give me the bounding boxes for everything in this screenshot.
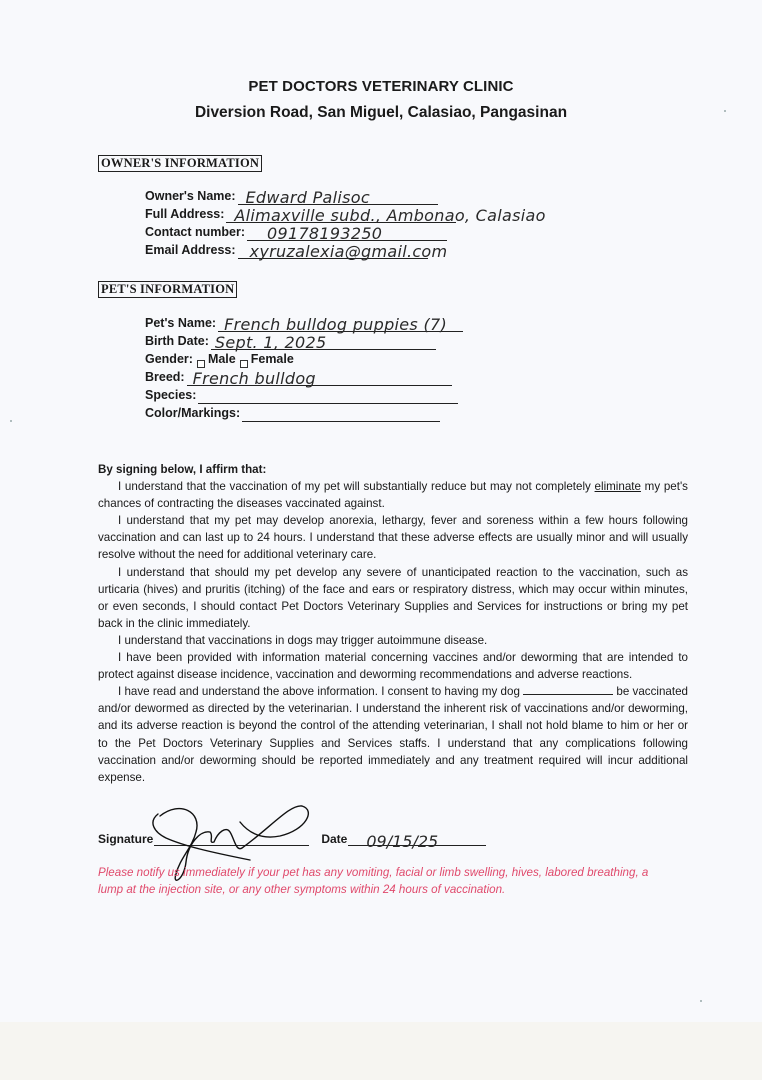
contact-number-field: Contact number: 09178193250 <box>145 223 447 241</box>
affirmation-paragraph: I understand that should my pet develop … <box>98 564 688 632</box>
owner-section-title: OWNER'S INFORMATION <box>98 155 262 172</box>
field-line: Edward Palisoc <box>238 191 438 205</box>
field-label: Pet's Name: <box>145 314 216 332</box>
field-label: Owner's Name: <box>145 187 236 205</box>
dog-name-blank[interactable] <box>523 685 613 695</box>
breed-field: Breed: French bulldog <box>145 368 452 386</box>
field-line: French bulldog <box>187 372 452 386</box>
field-line: 09178193250 <box>247 227 447 241</box>
pet-name-field: Pet's Name: French bulldog puppies (7) <box>145 314 463 332</box>
affirmation-paragraph: I understand that my pet may develop ano… <box>98 512 688 563</box>
field-label: Full Address: <box>145 205 224 223</box>
field-line: French bulldog puppies (7) <box>218 318 463 332</box>
field-label: Species: <box>145 386 196 404</box>
affirmation-heading: By signing below, I affirm that: <box>98 461 688 478</box>
clinic-address: Diversion Road, San Miguel, Calasiao, Pa… <box>0 104 762 122</box>
color-markings-field: Color/Markings: <box>145 404 440 422</box>
handwritten-value: xyruzalexia@gmail.com <box>250 243 448 261</box>
clinic-name: PET DOCTORS VETERINARY CLINIC <box>0 78 762 95</box>
field-label: Gender: <box>145 350 193 368</box>
field-line <box>242 408 440 422</box>
affirmation-paragraph: I understand that the vaccination of my … <box>98 478 688 512</box>
field-line: xyruzalexia@gmail.com <box>238 245 428 259</box>
field-line: Sept. 1, 2025 <box>211 336 436 350</box>
affirmation-paragraph: I understand that vaccinations in dogs m… <box>98 632 688 649</box>
species-field: Species: <box>145 386 458 404</box>
field-label: Color/Markings: <box>145 404 240 422</box>
birth-date-field: Birth Date: Sept. 1, 2025 <box>145 332 436 350</box>
field-label: Email Address: <box>145 241 236 259</box>
text: be vaccinated and/or dewormed as directe… <box>98 685 688 783</box>
full-address-field: Full Address: Alimaxville subd., Ambonao… <box>145 205 456 223</box>
affirmation-text: By signing below, I affirm that: I under… <box>98 461 688 786</box>
field-line: Alimaxville subd., Ambonao, Calasiao <box>226 209 456 223</box>
owner-name-field: Owner's Name: Edward Palisoc <box>145 187 438 205</box>
scan-speck <box>700 1000 702 1002</box>
affirmation-paragraph: I have read and understand the above inf… <box>98 683 688 786</box>
affirmation-paragraph: I have been provided with information ma… <box>98 649 688 683</box>
female-checkbox[interactable] <box>240 360 248 368</box>
scan-background <box>0 1022 762 1080</box>
date-line[interactable]: 09/15/25 <box>348 832 486 846</box>
field-label: Contact number: <box>145 223 245 241</box>
male-label: Male <box>208 350 236 368</box>
text: I understand that the vaccination of my … <box>118 480 591 493</box>
post-vaccination-notice: Please notify us immediately if your pet… <box>98 864 658 898</box>
underlined-text: eliminate <box>595 480 641 493</box>
field-label: Breed: <box>145 368 185 386</box>
field-line <box>198 390 458 404</box>
female-label: Female <box>251 350 294 368</box>
gender-field: Gender: Male Female <box>145 350 294 368</box>
email-address-field: Email Address: xyruzalexia@gmail.com <box>145 241 428 259</box>
text: I have read and understand the above inf… <box>118 685 520 698</box>
handwritten-date: 09/15/25 <box>366 832 438 851</box>
field-label: Birth Date: <box>145 332 209 350</box>
scan-speck <box>724 110 726 112</box>
scan-speck <box>10 420 12 422</box>
male-checkbox[interactable] <box>197 360 205 368</box>
pet-section-title: PET'S INFORMATION <box>98 281 237 298</box>
